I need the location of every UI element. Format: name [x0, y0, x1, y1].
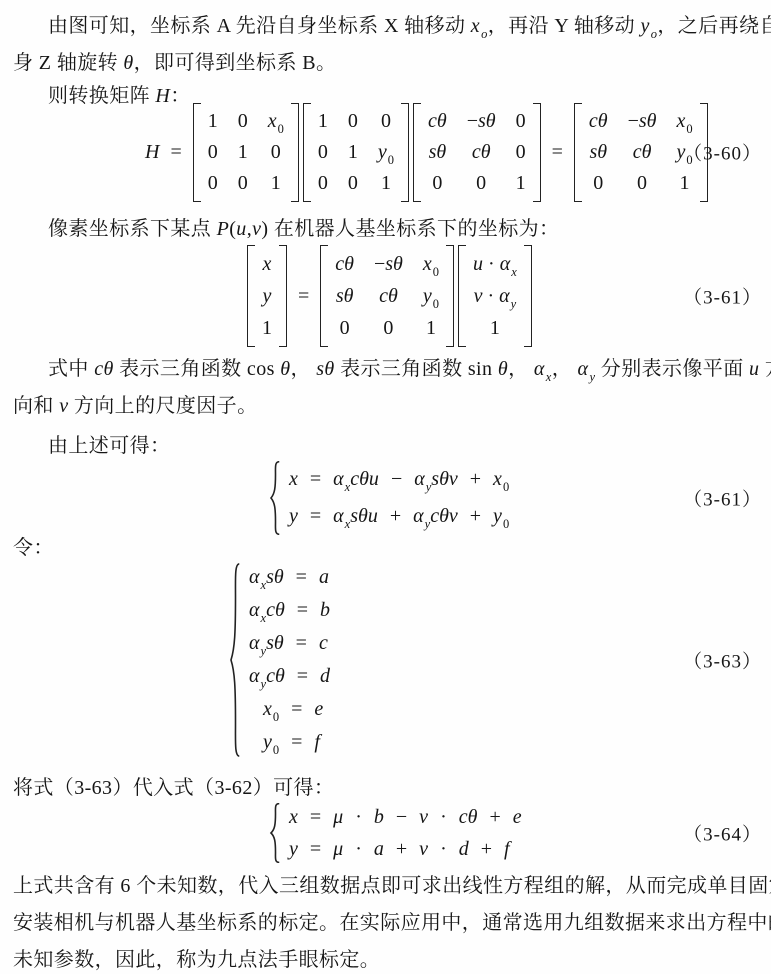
equation-system: αxsθ = aαxcθ = bαysθ = cαycθ = dx0 = ey0…: [228, 561, 330, 759]
text-run: ，: [290, 358, 316, 380]
matrix: 10x0010001: [193, 103, 299, 202]
left-bracket: [247, 245, 255, 347]
math-inline: xo: [471, 15, 488, 37]
matrix-cell: y: [262, 280, 272, 312]
text-run: 上式共含有 6 个未知数，代入三组数据点即可求出线性方程组的解，从而完成单目固定: [13, 875, 771, 897]
operator: =: [298, 285, 309, 308]
matrix-cell: 0: [589, 168, 608, 199]
matrix-cell: u · αx: [473, 248, 517, 280]
matrix-cell: cθ: [374, 280, 403, 312]
subscript: 0: [278, 122, 284, 136]
left-bracket: [193, 103, 201, 202]
math-inline: P(u,v): [217, 218, 269, 240]
matrix-cell: 0: [238, 168, 248, 199]
equation-3-64: x = μ · b − v · cθ + ey = μ · a + v · d …: [0, 802, 771, 864]
equation-row: x = αxcθu − αysθv + x0: [289, 461, 509, 498]
right-bracket: [291, 103, 299, 202]
matrix-cell: 0: [335, 312, 354, 344]
matrix-cell: 1: [208, 106, 218, 137]
matrix-cell: −sθ: [374, 248, 403, 280]
matrix-cell: 1: [238, 137, 248, 168]
equation-row: x = μ · b − v · cθ + e: [289, 801, 522, 833]
matrix: cθ−sθx0sθcθy0001: [320, 245, 454, 347]
text-run: 由上述可得：: [48, 435, 170, 457]
text-run: ，: [508, 358, 534, 380]
matrix-cell: 0: [268, 137, 284, 168]
subscript: 0: [273, 743, 279, 757]
matrix-cell: 1: [262, 312, 272, 344]
equation-body: x = μ · b − v · cθ + ey = μ · a + v · d …: [268, 801, 522, 865]
paragraph-pixel-point: 像素坐标系下某点 P(u,v) 在机器人基坐标系下的坐标为：: [13, 211, 763, 248]
right-bracket: [524, 245, 532, 347]
text-run: ，即可得到坐标系 B。: [134, 52, 337, 74]
subscript: 0: [388, 153, 394, 167]
text-run: 在机器人基坐标系下的坐标为：: [268, 218, 559, 240]
text-run: 未知参数，因此，称为九点法手眼标定。: [13, 949, 380, 971]
matrix-cell: cθ: [628, 137, 657, 168]
matrix-cell: 0: [238, 106, 248, 137]
right-bracket: [401, 103, 409, 202]
matrix-cell: 0: [378, 106, 394, 137]
matrix-cell: 1: [423, 312, 439, 344]
text-line: 上式共含有 6 个未知数，代入三组数据点即可求出线性方程组的解，从而完成单目固定: [13, 868, 763, 905]
matrix-cell: 0: [516, 137, 526, 168]
math-inline: sθ: [316, 358, 334, 380]
matrix-cell: 0: [348, 168, 358, 199]
subscript: 0: [503, 480, 509, 494]
matrix-cell: v · αy: [473, 280, 517, 312]
equation-number: （3-61）: [683, 283, 762, 310]
math-inline: αx: [534, 358, 552, 380]
matrix-cell: 0: [318, 137, 328, 168]
equation-row: αycθ = d: [249, 660, 330, 693]
text-run: ，: [552, 358, 578, 380]
subscript: 0: [686, 122, 692, 136]
text-line: 身 Z 轴旋转 θ，即可得到坐标系 B。: [13, 45, 763, 82]
right-bracket: [533, 103, 541, 202]
equation-row: y0 = f: [249, 726, 330, 759]
matrix-cell: cθ: [467, 137, 496, 168]
equation-row: x0 = e: [249, 693, 330, 726]
matrix: u · αxv · αy1: [458, 245, 532, 347]
text-run: 方: [759, 358, 771, 380]
document-page: 由图可知，坐标系 A 先沿自身坐标系 X 轴移动 xo，再沿 Y 轴移动 yo，…: [0, 0, 771, 974]
matrix-cell: y0: [423, 280, 439, 312]
equation-number: （3-61）: [683, 485, 762, 512]
text-run: 令：: [13, 537, 54, 559]
equation-row: αysθ = c: [249, 627, 330, 660]
text-run: 表示三角函数: [335, 358, 468, 380]
text-line: 式中 cθ 表示三角函数 cos θ， sθ 表示三角函数 sin θ， αx，…: [13, 351, 763, 388]
matrix-cell: x0: [423, 248, 439, 280]
matrix-cell: 1: [268, 168, 284, 199]
matrix: 10001y0001: [303, 103, 409, 202]
matrix-cell: x0: [676, 106, 692, 137]
equation-row: αxsθ = a: [249, 561, 330, 594]
operator: =: [552, 141, 563, 164]
matrix-cell: 1: [348, 137, 358, 168]
equation-body: xy1=cθ−sθx0sθcθy0001u · αxv · αy1: [245, 245, 534, 347]
text-run: 像素坐标系下某点: [48, 218, 217, 240]
matrix-cell: 1: [516, 168, 526, 199]
text-run: ，之后再绕自: [657, 15, 771, 37]
system-brace: [228, 562, 243, 758]
matrix-cell: x: [262, 248, 272, 280]
matrix-cell: 0: [516, 106, 526, 137]
matrix-cell: 0: [374, 312, 403, 344]
matrix-cell: y0: [378, 137, 394, 168]
text-run: 身 Z 轴旋转: [13, 52, 123, 74]
matrix-cell: −sθ: [628, 106, 657, 137]
subscript: 0: [433, 265, 439, 279]
text-run: 向和: [13, 395, 59, 417]
equation-system: x = μ · b − v · cθ + ey = μ · a + v · d …: [268, 801, 522, 865]
equation-body: H=10x001000110001y0001cθ−sθ0sθcθ0001=cθ−…: [145, 103, 710, 202]
right-bracket: [446, 245, 454, 347]
subscript: x: [511, 265, 517, 279]
math-inline: yo: [640, 15, 657, 37]
text-line: 未知参数，因此，称为九点法手眼标定。: [13, 942, 763, 974]
matrix-cell: x0: [268, 106, 284, 137]
equation-body: x = αxcθu − αysθv + x0y = αxsθu + αycθv …: [268, 461, 509, 535]
matrix-cell: 0: [208, 168, 218, 199]
paragraph-notation: 式中 cθ 表示三角函数 cos θ， sθ 表示三角函数 sin θ， αx，…: [13, 351, 763, 425]
paragraph-conclusion: 上式共含有 6 个未知数，代入三组数据点即可求出线性方程组的解，从而完成单目固定…: [13, 868, 763, 974]
text-run: 式中: [48, 358, 94, 380]
equation-number: （3-60）: [683, 139, 762, 166]
text-run: 分别表示像平面: [595, 358, 749, 380]
text-line: 安装相机与机器人基坐标系的标定。在实际应用中，通常选用九组数据来求出方程中的: [13, 905, 763, 942]
text-run: 则转换矩阵: [48, 85, 155, 107]
subscript: y: [511, 297, 517, 311]
equation-row: y = μ · a + v · d + f: [289, 833, 522, 865]
subscript: 0: [503, 517, 509, 531]
subscript: 0: [273, 710, 279, 724]
right-bracket: [279, 245, 287, 347]
matrix: cθ−sθ0sθcθ0001: [413, 103, 541, 202]
math-inline: cos θ: [247, 358, 291, 380]
equation-3-63: αxsθ = aαxcθ = bαysθ = cαycθ = dx0 = ey0…: [0, 560, 771, 760]
matrix-cell: 0: [318, 168, 328, 199]
text-run: ，再沿 Y 轴移动: [488, 15, 641, 37]
matrix-cell: sθ: [589, 137, 608, 168]
text-run: 方向上的尺度因子。: [68, 395, 257, 417]
subscript: 0: [433, 297, 439, 311]
left-bracket: [303, 103, 311, 202]
matrix-cell: 1: [473, 312, 517, 344]
matrix-cell: cθ: [428, 106, 447, 137]
left-bracket: [574, 103, 582, 202]
matrix-cell: cθ: [335, 248, 354, 280]
matrix-cell: sθ: [428, 137, 447, 168]
system-brace: [268, 461, 283, 535]
equation-3-61-system: x = αxcθu − αysθv + x0y = αxsθu + αycθv …: [0, 458, 771, 538]
matrix: xy1: [247, 245, 287, 347]
matrix-cell: 0: [348, 106, 358, 137]
math-inline: u: [749, 358, 759, 380]
system-brace: [268, 803, 283, 863]
text-line: 像素坐标系下某点 P(u,v) 在机器人基坐标系下的坐标为：: [13, 211, 763, 248]
matrix-cell: 1: [378, 168, 394, 199]
equation-3-61: xy1=cθ−sθx0sθcθy0001u · αxv · αy1 （3-61）: [0, 244, 771, 348]
equation-body: αxsθ = aαxcθ = bαysθ = cαycθ = dx0 = ey0…: [228, 561, 330, 759]
matrix-cell: 0: [628, 168, 657, 199]
operator: =: [170, 141, 181, 164]
matrix-cell: 0: [467, 168, 496, 199]
text-run: 表示三角函数: [114, 358, 247, 380]
equation-number: （3-64）: [683, 820, 762, 847]
left-bracket: [320, 245, 328, 347]
text-line: 向和 v 方向上的尺度因子。: [13, 388, 763, 425]
matrix-cell: −sθ: [467, 106, 496, 137]
text-run: 由图可知，坐标系 A 先沿自身坐标系 X 轴移动: [48, 15, 471, 37]
math-inline: cθ: [94, 358, 114, 380]
math-inline: θ: [123, 52, 133, 74]
left-bracket: [413, 103, 421, 202]
equation-3-60: H=10x001000110001y0001cθ−sθ0sθcθ0001=cθ−…: [0, 106, 771, 198]
text-run: 将式（3-63）代入式（3-62）可得：: [13, 777, 334, 799]
math-inline: αy: [578, 358, 596, 380]
left-bracket: [458, 245, 466, 347]
matrix-cell: sθ: [335, 280, 354, 312]
matrix-cell: 0: [208, 137, 218, 168]
matrix-cell: 1: [318, 106, 328, 137]
equation-row: αxcθ = b: [249, 594, 330, 627]
equation-number: （3-63）: [683, 647, 762, 674]
paragraph-intro: 由图可知，坐标系 A 先沿自身坐标系 X 轴移动 xo，再沿 Y 轴移动 yo，…: [13, 8, 763, 82]
text-run: 安装相机与机器人基坐标系的标定。在实际应用中，通常选用九组数据来求出方程中的: [13, 912, 771, 934]
matrix-cell: 1: [676, 168, 692, 199]
matrix-cell: cθ: [589, 106, 608, 137]
equation-system: x = αxcθu − αysθv + x0y = αxsθu + αycθv …: [268, 461, 509, 535]
matrix-cell: 0: [428, 168, 447, 199]
symbol: H: [145, 141, 159, 164]
math-inline: sin θ: [468, 358, 508, 380]
text-line: 由图可知，坐标系 A 先沿自身坐标系 X 轴移动 xo，再沿 Y 轴移动 yo，…: [13, 8, 763, 45]
subscript: o: [481, 27, 488, 41]
